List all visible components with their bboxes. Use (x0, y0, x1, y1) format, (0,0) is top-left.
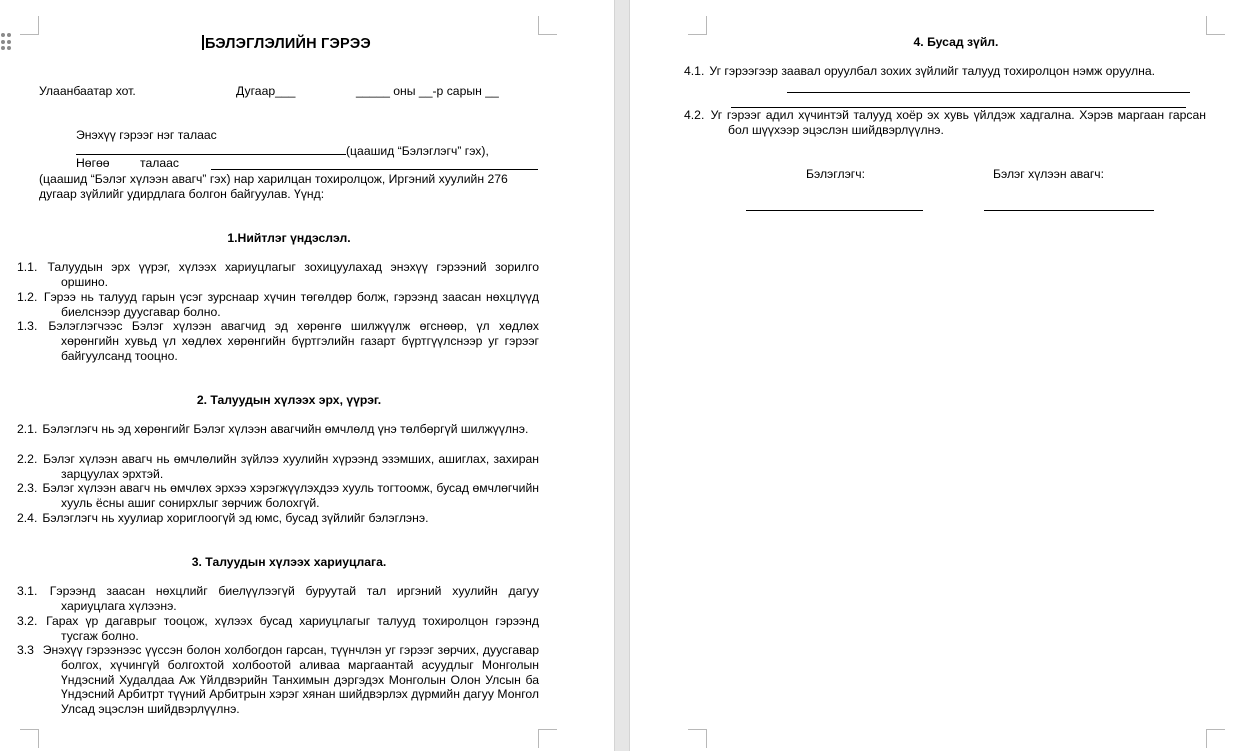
page-gutter (614, 0, 630, 751)
intro-line-5: дугаар зүйлийг удирдлага болгон байгуула… (39, 187, 324, 202)
intro-line-3-b: талаас (140, 156, 179, 171)
intro-line-2: (цаашид “Бэлэглэгч” гэх), (76, 143, 489, 159)
contract-number: Дугаар___ (236, 84, 295, 99)
crop-mark-top-left (688, 16, 707, 35)
crop-mark-bottom-left (20, 729, 39, 748)
giver-signature-line[interactable] (746, 210, 923, 211)
crop-mark-bottom-right (538, 729, 557, 748)
crop-mark-top-left (20, 16, 39, 35)
receiver-signature-label: Бэлэг хүлээн авагч: (993, 167, 1104, 182)
section-4-heading: 4. Бусад зүйл. (706, 35, 1206, 49)
crop-mark-bottom-left (688, 729, 707, 748)
clause-4-1-blank-2[interactable] (731, 96, 1186, 108)
text-cursor (202, 35, 204, 50)
document-title-text: БЭЛЭГЛЭЛИЙН ГЭРЭЭ (205, 36, 371, 52)
document-page-2: 4. Бусад зүйл. 4.1. Уг гэрээгээр заавал … (630, 0, 1256, 751)
clause-2-3: 2.3. Бэлэг хүлээн авагч нь өмчлөх эрхээ … (39, 481, 539, 511)
crop-mark-top-right (1206, 16, 1225, 35)
clause-4-2: 4.2. Уг гэрээг адил хүчинтэй талууд хоёр… (706, 108, 1206, 138)
clause-3-1: 3.1. Гэрээнд заасан нөхцлийг биелүүлээгү… (39, 584, 539, 614)
giver-name-blank[interactable] (76, 143, 346, 155)
section-1-heading: 1.Нийтлэг үндэслэл. (39, 231, 539, 245)
section-2-heading: 2. Талуудын хүлээх эрх, үүрэг. (39, 393, 539, 407)
document-title[interactable]: БЭЛЭГЛЭЛИЙН ГЭРЭЭ (202, 35, 371, 52)
crop-mark-bottom-right (1206, 729, 1225, 748)
clause-2-4: 2.4. Бэлэглэгч нь хуулиар хориглоогүй эд… (39, 511, 539, 526)
clause-2-2: 2.2. Бэлэг хүлээн авагч нь өмчлөлийн зүй… (39, 452, 539, 482)
clause-3-3: 3.3 Энэхүү гэрээнээс үүссэн болон холбог… (39, 643, 539, 717)
giver-signature-label: Бэлэглэгч: (806, 167, 865, 182)
clause-1-1: 1.1. Талуудын эрх үүрэг, хүлээх хариуцла… (39, 260, 539, 290)
clause-1-3: 1.3. Бэлэглэгчээс Бэлэг хүлээн авагчид э… (39, 319, 539, 363)
intro-line-1: Энэхүү гэрээг нэг талаас (76, 128, 217, 143)
clause-3-2: 3.2. Гарах үр дагаврыг тооцож, хүлээх бу… (39, 614, 539, 644)
clause-1-2: 1.2. Гэрээ нь талууд гарын үсэг зурснаар… (39, 290, 539, 320)
intro-line-3-a: Нөгөө (76, 156, 110, 170)
intro-line-3: Нөгөө (76, 156, 110, 171)
city-label: Улаанбаатар хот. (39, 84, 136, 99)
clause-2-1: 2.1. Бэлэглэгч нь эд хөрөнгийг Бэлэг хүл… (39, 422, 539, 437)
section-3-heading: 3. Талуудын хүлээх хариуцлага. (39, 555, 539, 569)
document-page-1: БЭЛЭГЛЭЛИЙН ГЭРЭЭ Улаанбаатар хот. Дугаа… (0, 0, 614, 751)
clause-4-1: 4.1. Уг гэрээгээр заавал оруулбал зохих … (706, 64, 1206, 79)
contract-date: _____ оны __-р сарын __ (356, 84, 499, 99)
receiver-signature-line[interactable] (984, 210, 1154, 211)
clause-4-1-blank-1[interactable] (787, 81, 1190, 93)
intro-line-4: (цаашид “Бэлэг хүлээн авагч” гэх) нар ха… (39, 172, 508, 187)
drag-handle-icon[interactable] (1, 33, 11, 51)
crop-mark-top-right (538, 16, 557, 35)
intro-line-2-text: (цаашид “Бэлэглэгч” гэх), (346, 144, 489, 158)
receiver-name-blank[interactable] (211, 158, 538, 170)
